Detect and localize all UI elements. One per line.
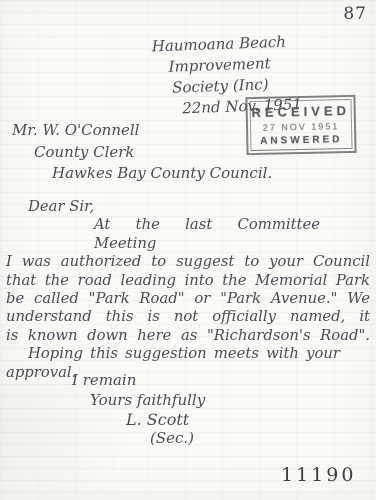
- body-line: is known down here as "Richardson's Road…: [6, 327, 370, 345]
- closing-yours-faithfully: Yours faithfully: [90, 391, 376, 410]
- stamp-date: 27 NOV 1951: [263, 121, 340, 133]
- body-line: I was authorized to suggest to your Coun…: [6, 253, 370, 271]
- salutation: Dear Sir,: [28, 198, 370, 216]
- signature-role: (Sec.): [150, 429, 376, 448]
- scanned-letter-page: 87 Haumoana Beach Improvement Society (I…: [0, 0, 376, 500]
- letter-body: Dear Sir, At the last Committee Meeting …: [6, 198, 370, 382]
- stamp-answered-label: ANSWERED: [260, 134, 343, 147]
- body-line: understand this is not officially named,…: [6, 308, 370, 326]
- body-line: be called "Park Road" or "Park Avenue." …: [6, 290, 370, 308]
- body-line: Hoping this suggestion meets with your: [28, 345, 340, 363]
- file-number: 11190: [281, 464, 356, 486]
- body-line: At the last Committee Meeting: [94, 216, 320, 253]
- signature: L. Scott: [126, 410, 376, 429]
- body-line: that the road leading into the Memorial …: [6, 272, 370, 290]
- closing-block: I remain Yours faithfully L. Scott (Sec.…: [0, 371, 376, 448]
- recipient-block: Mr. W. O'Connell County Clerk Hawkes Bay…: [12, 120, 272, 185]
- folio-number: 87: [343, 4, 367, 24]
- stamp-received-label: RECEIVED: [251, 103, 350, 120]
- recipient-organization: Hawkes Bay County Council.: [52, 163, 272, 185]
- recipient-name: Mr. W. O'Connell: [12, 120, 272, 142]
- closing-i-remain: I remain: [72, 371, 376, 390]
- recipient-title: County Clerk: [34, 142, 272, 164]
